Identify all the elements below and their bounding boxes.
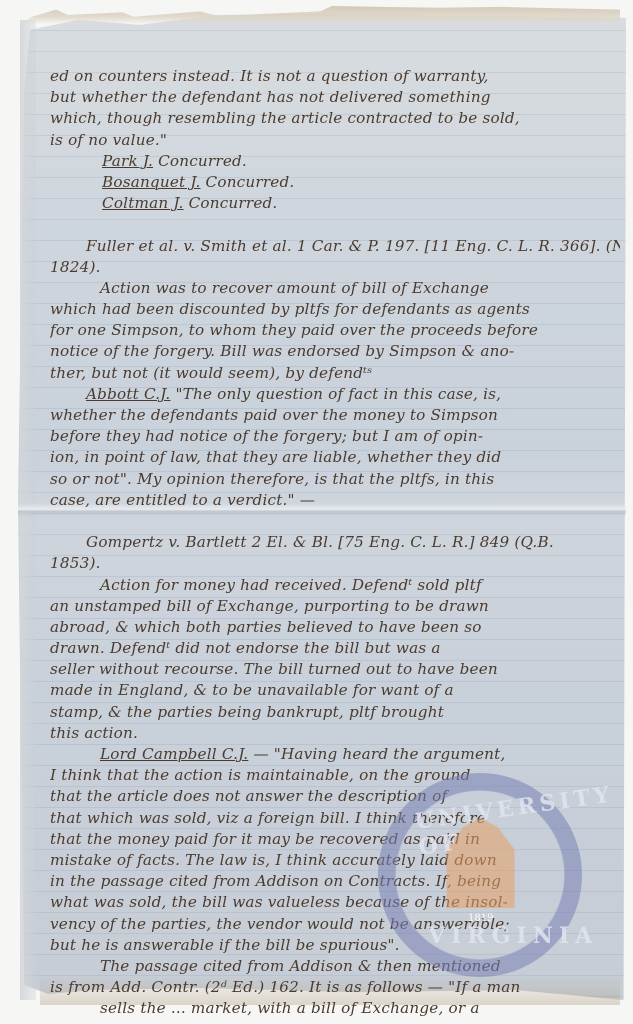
judge-name: Abbott C.J. [86,385,170,403]
case-citation: Fuller et al. v. Smith et al. 1 Car. & P… [50,236,620,257]
text-line: so or not". My opinion therefore, is tha… [50,469,620,490]
footnote-line: is from Add. Contr. (2ᵈ Ed.) 162. It is … [50,977,620,998]
text-line: seller without recourse. The bill turned… [50,659,620,680]
text-line: vency of the parties, the vendor would n… [50,914,620,935]
concurrence-line: Coltman J. Concurred. [50,193,620,214]
concurrence-line: Bosanquet J. Concurred. [50,172,620,193]
case-citation: 1824). [50,257,620,278]
text-line: ed on counters instead. It is not a ques… [50,66,620,87]
spacer [50,214,620,235]
text-line: made in England, & to be unavailable for… [50,680,620,701]
text-line: which, though resembling the article con… [50,108,620,129]
text-line: before they had notice of the forgery; b… [50,426,620,447]
manuscript-page: ed on counters instead. It is not a ques… [0,0,633,1024]
text-line: notice of the forgery. Bill was endorsed… [50,341,620,362]
footnote-line: sells the ... market, with a bill of Exc… [50,998,620,1019]
judge-name: Park J. [102,152,153,170]
concurrence-line: Park J. Concurred. [50,151,620,172]
text-line: that which was sold, viz a foreign bill.… [50,808,620,829]
concurrence-text: Concurred. [206,173,295,191]
judge-opinion-line: Abbott C.J. "The only question of fact i… [50,384,620,405]
text-line: ther, but not (it would seem), by defend… [50,363,620,384]
text-line: in the passage cited from Addison on Con… [50,871,620,892]
concurrence-text: Concurred. [189,194,278,212]
judge-name: Bosanquet J. [102,173,201,191]
text-line: ion, in point of law, that they are liab… [50,447,620,468]
text-line: Action was to recover amount of bill of … [50,278,620,299]
text-line: what was sold, the bill was valueless be… [50,892,620,913]
text-line: which had been discounted by pltfs for d… [50,299,620,320]
text-line: that the money paid for it may be recove… [50,829,620,850]
concurrence-text: Concurred. [158,152,247,170]
text-line: Action for money had received. Defendᵗ s… [50,575,620,596]
text-line: whether the defendants paid over the mon… [50,405,620,426]
judge-name: Lord Campbell C.J. [100,745,248,763]
text-line: abroad, & which both parties believed to… [50,617,620,638]
text-line: for one Simpson, to whom they paid over … [50,320,620,341]
text-line: that the article does not answer the des… [50,786,620,807]
text-line: drawn. Defendᵗ did not endorse the bill … [50,638,620,659]
footnote-line: The passage cited from Addison & then me… [50,956,620,977]
text-line: an unstamped bill of Exchange, purportin… [50,596,620,617]
text-line: stamp, & the parties being bankrupt, plt… [50,702,620,723]
judge-name: Coltman J. [102,194,184,212]
opinion-text: "The only question of fact in this case,… [175,385,501,403]
text-line: case, are entitled to a verdict." — [50,490,620,511]
torn-top-edge [20,6,620,24]
case-citation: 1853). [50,553,620,574]
spacer [50,511,620,532]
judge-opinion-line: Lord Campbell C.J. — "Having heard the a… [50,744,620,765]
case-citation: Gompertz v. Bartlett 2 El. & Bl. [75 Eng… [50,532,620,553]
text-line: I think that the action is maintainable,… [50,765,620,786]
text-line: but he is answerable if the bill be spur… [50,935,620,956]
manuscript-text: ed on counters instead. It is not a ques… [50,66,620,1019]
opinion-text: — "Having heard the argument, [253,745,505,763]
text-line: is of no value." [50,130,620,151]
text-line: this action. [50,723,620,744]
text-line: but whether the defendant has not delive… [50,87,620,108]
text-line: mistake of facts. The law is, I think ac… [50,850,620,871]
